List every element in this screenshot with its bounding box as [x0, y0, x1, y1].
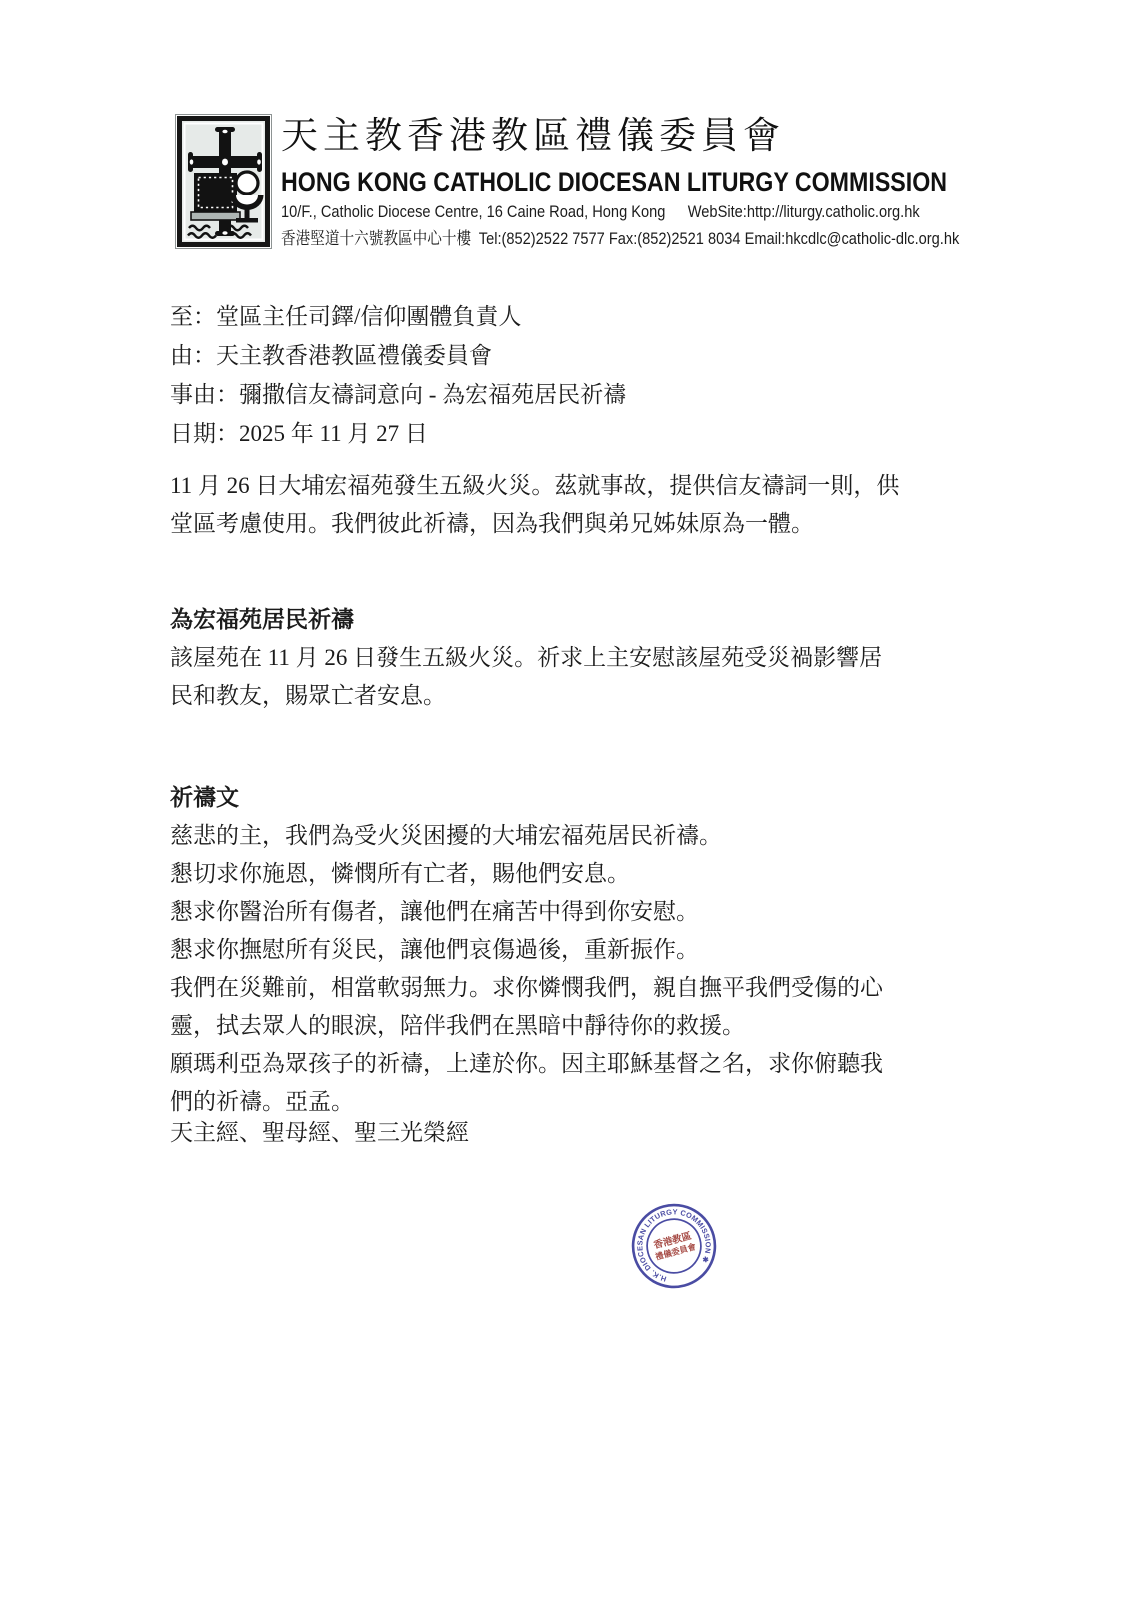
sender-line: 由：天主教香港教區禮儀委員會 [170, 336, 626, 375]
address-english: 10/F., Catholic Diocese Centre, 16 Caine… [281, 202, 665, 221]
contact-info: Tel:(852)2522 7577 Fax:(852)2521 8034 Em… [479, 229, 960, 248]
prayer-line: 慈悲的主，我們為受火災困擾的大埔宏福苑居民祈禱。 [170, 817, 883, 855]
prayer-line: 我們在災難前，相當軟弱無力。求你憐憫我們，親自撫平我們受傷的心 [170, 969, 883, 1007]
address-chinese: 香港堅道十六號教區中心十樓 [281, 229, 471, 248]
prayer-line: 懇切求你施恩，憐憫所有亡者，賜他們安息。 [170, 855, 883, 893]
petition-line: 民和教友，賜眾亡者安息。 [170, 677, 882, 715]
prayer-line: 願瑪利亞為眾孩子的祈禱，上達於你。因主耶穌基督之名，求你俯聽我 [170, 1045, 883, 1083]
address-line-chinese: 香港堅道十六號教區中心十樓Tel:(852)2522 7577 Fax:(852… [281, 228, 959, 250]
closing-prayers-line: 天主經、聖母經、聖三光榮經 [170, 1114, 469, 1152]
petition-heading: 為宏福苑居民祈禱 [170, 601, 882, 639]
prayer-line: 懇求你醫治所有傷者，讓他們在痛苦中得到你安慰。 [170, 893, 883, 931]
org-name-chinese: 天主教香港教區禮儀委員會 [281, 112, 1070, 160]
intro-line: 11 月 26 日大埔宏福苑發生五級火災。茲就事故，提供信友禱詞一則，供 [170, 467, 899, 505]
date-line: 日期：2025 年 11 月 27 日 [170, 414, 626, 453]
petition-section: 為宏福苑居民祈禱 該屋苑在 11 月 26 日發生五級火災。祈求上主安慰該屋苑受… [170, 601, 882, 715]
round-seal-icon: H.K. DIOCESAN LITURGY COMMISSION ✱ 香港教區 … [620, 1192, 728, 1300]
website-url: WebSite:http://liturgy.catholic.org.hk [688, 202, 920, 221]
commission-stamp-seal: H.K. DIOCESAN LITURGY COMMISSION ✱ 香港教區 … [620, 1192, 728, 1300]
letter-document-page: 天主教香港教區禮儀委員會 HONG KONG CATHOLIC DIOCESAN… [0, 0, 1131, 1600]
prayer-section: 祈禱文 慈悲的主，我們為受火災困擾的大埔宏福苑居民祈禱。 懇切求你施恩，憐憫所有… [170, 779, 883, 1121]
prayer-line: 懇求你撫慰所有災民，讓他們哀傷過後，重新振作。 [170, 931, 883, 969]
petition-line: 該屋苑在 11 月 26 日發生五級火災。祈求上主安慰該屋苑受災禍影響居 [170, 639, 882, 677]
address-line-english: 10/F., Catholic Diocese Centre, 16 Caine… [281, 201, 959, 223]
recipient-line: 至：堂區主任司鐸/信仰團體負責人 [170, 297, 626, 336]
prayer-heading: 祈禱文 [170, 779, 883, 817]
letterhead: 天主教香港教區禮儀委員會 HONG KONG CATHOLIC DIOCESAN… [281, 112, 1070, 250]
letter-meta: 至：堂區主任司鐸/信仰團體負責人 由：天主教香港教區禮儀委員會 事由：彌撒信友禱… [170, 297, 626, 453]
prayer-line: 靈，拭去眾人的眼淚，陪伴我們在黑暗中靜待你的救援。 [170, 1007, 883, 1045]
subject-line: 事由：彌撒信友禱詞意向 - 為宏福苑居民祈禱 [170, 375, 626, 414]
intro-line: 堂區考慮使用。我們彼此祈禱，因為我們與弟兄姊妹原為一體。 [170, 505, 899, 543]
org-name-english: HONG KONG CATHOLIC DIOCESAN LITURGY COMM… [281, 168, 959, 196]
commission-emblem-logo [175, 114, 272, 249]
cross-book-chalice-emblem-icon [175, 114, 272, 249]
intro-paragraph: 11 月 26 日大埔宏福苑發生五級火災。茲就事故，提供信友禱詞一則，供 堂區考… [170, 467, 899, 543]
